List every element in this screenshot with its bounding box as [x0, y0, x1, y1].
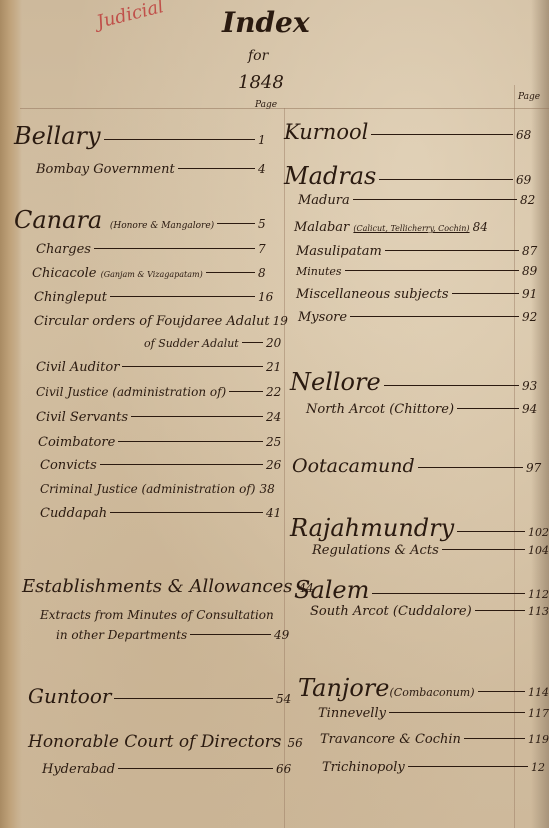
entry-page: 69	[516, 173, 534, 187]
entry-page: 19	[273, 314, 291, 328]
index-entry: Canara (Honore & Mangalore) 5	[14, 206, 276, 234]
index-entry: Chingleput 16	[34, 290, 276, 305]
entry-label: Criminal Justice (administration of)	[40, 482, 255, 496]
index-entry-line1: Extracts from Minutes of Consultation	[40, 608, 274, 622]
index-entry: Miscellaneous subjects 91	[296, 287, 540, 302]
entry-label: in other Departments	[56, 628, 187, 642]
index-entry: Tanjore(Combaconum) 114	[298, 674, 549, 702]
entry-page: 87	[522, 244, 540, 258]
entry-label: Trichinopoly	[322, 760, 405, 775]
entry-page: 117	[528, 707, 549, 720]
leader-line	[457, 531, 525, 532]
leader-line	[475, 610, 525, 611]
leader-line	[110, 296, 255, 297]
entry-label: Bellary	[14, 122, 101, 150]
entry-page: 38	[259, 482, 277, 496]
entry-page: 91	[522, 287, 540, 301]
index-entry: Civil Auditor 21	[36, 360, 284, 375]
leader-line	[350, 316, 519, 317]
entry-page: 66	[276, 762, 294, 776]
entry-label-sub: (Ganjam & Vizagapatam)	[101, 270, 203, 279]
index-entry: Ootacamund 97	[292, 455, 544, 477]
index-year: 1848	[238, 72, 284, 93]
entry-label-main: Canara	[14, 206, 102, 234]
entry-label: North Arcot (Chittore)	[306, 402, 454, 417]
leader-line	[372, 593, 525, 594]
index-entry: South Arcot (Cuddalore) 113	[310, 604, 549, 619]
index-entry: Regulations & Acts 104	[312, 543, 549, 558]
leader-line	[478, 691, 525, 692]
index-entry: Nellore 93	[290, 368, 540, 396]
index-entry: in other Departments 49	[56, 628, 292, 642]
leader-line	[110, 512, 263, 513]
leader-line	[178, 168, 255, 169]
entry-label: South Arcot (Cuddalore)	[310, 604, 472, 619]
entry-page: 94	[522, 402, 540, 416]
index-entry: Convicts 26	[40, 458, 284, 473]
entry-label: Guntoor	[28, 684, 111, 708]
entry-label: Chingleput	[34, 290, 107, 305]
index-entry: Chicacole (Ganjam & Vizagapatam) 8	[32, 266, 276, 281]
entry-label: Tanjore(Combaconum)	[298, 674, 475, 702]
index-entry: Mysore 92	[298, 310, 540, 325]
entry-page: 97	[526, 461, 544, 475]
leader-line	[379, 179, 513, 180]
entry-label-main: Chicacole	[32, 266, 96, 281]
leader-line	[131, 416, 263, 417]
entry-page: 22	[266, 385, 284, 399]
leader-line	[190, 634, 271, 635]
entry-page: 54	[276, 692, 294, 706]
leader-line	[384, 385, 519, 386]
leader-line	[442, 549, 525, 550]
leader-line	[389, 712, 525, 713]
entry-page: 114	[528, 686, 549, 699]
entry-label: Civil Auditor	[36, 360, 119, 375]
entry-page: 104	[528, 544, 549, 557]
leader-line	[353, 199, 517, 200]
entry-page: 21	[266, 360, 284, 374]
entry-label: Cuddapah	[40, 506, 107, 521]
index-entry: Circular orders of Foujdaree Adalut 19	[34, 314, 284, 329]
index-entry: of Sudder Adalut 20	[144, 336, 284, 350]
entry-label: Ootacamund	[292, 455, 415, 477]
index-entry: Kurnool 68	[284, 120, 534, 144]
entry-label: Kurnool	[284, 120, 368, 144]
entry-label: Hyderabad	[42, 762, 115, 777]
entry-page: 84	[473, 220, 491, 234]
leader-line	[229, 391, 263, 392]
leader-line	[452, 293, 519, 294]
page-title: Index	[222, 6, 310, 39]
entry-label: Charges	[36, 242, 91, 257]
index-entry: Trichinopoly 12	[322, 760, 549, 775]
entry-label: Minutes	[296, 265, 342, 278]
leader-line	[371, 134, 513, 135]
leader-line	[100, 464, 263, 465]
entry-label: Circular orders of Foujdaree Adalut	[34, 314, 270, 329]
entry-page: 20	[266, 336, 284, 350]
entry-label: Travancore & Cochin	[320, 732, 461, 747]
leader-line	[408, 766, 528, 767]
entry-label: Civil Servants	[36, 410, 128, 425]
entry-page: 56	[287, 736, 305, 750]
entry-page: 25	[266, 435, 284, 449]
manuscript-page: Judicial Index for 1848 Page Page Bellar…	[0, 0, 549, 828]
entry-label: Convicts	[40, 458, 97, 473]
entry-label: Miscellaneous subjects	[296, 287, 449, 302]
leader-line	[206, 272, 255, 273]
entry-label: Tinnevelly	[318, 706, 386, 721]
entry-page: 113	[528, 605, 549, 618]
leader-line	[118, 768, 273, 769]
entry-page: 68	[516, 128, 534, 142]
entry-label-sub: (Combaconum)	[389, 686, 474, 699]
page-column-header-left: Page	[255, 100, 277, 110]
entry-page: 5	[258, 217, 276, 231]
leader-line	[94, 248, 255, 249]
index-entry: Madura 82	[298, 193, 538, 208]
entry-label-main: Tanjore	[298, 674, 389, 702]
index-entry: Cuddapah 41	[40, 506, 284, 521]
entry-page: 49	[274, 628, 292, 642]
index-entry: Guntoor 54	[28, 684, 294, 708]
entry-page: 7	[258, 242, 276, 256]
index-entry: Tinnevelly 117	[318, 706, 549, 721]
index-entry: Madras 69	[284, 162, 534, 190]
index-entry: North Arcot (Chittore) 94	[306, 402, 540, 417]
leader-line	[385, 250, 519, 251]
leader-line	[104, 139, 255, 140]
index-entry: Bellary 1	[14, 122, 276, 150]
index-entry: Charges 7	[36, 242, 276, 257]
index-entry: Criminal Justice (administration of) 38	[40, 482, 284, 496]
leader-line	[217, 223, 255, 224]
entry-label: Madras	[284, 162, 376, 190]
entry-page: 12	[531, 761, 549, 774]
entry-page: 1	[258, 133, 276, 147]
entry-label: Bombay Government	[36, 162, 175, 177]
leader-line	[418, 467, 523, 468]
entry-label-sub: (Calicut, Tellicherry, Cochin)	[353, 224, 469, 233]
index-entry: Travancore & Cochin 119	[320, 732, 549, 747]
entry-page: 26	[266, 458, 284, 472]
entry-label-sub: (Honore & Mangalore)	[110, 221, 214, 231]
page-column-header-right: Page	[518, 92, 540, 102]
entry-page: 8	[258, 266, 276, 280]
entry-page: 112	[528, 588, 549, 601]
index-entry: Rajahmundry 102	[290, 514, 549, 542]
index-entry: Establishments & Allowances 44	[22, 576, 290, 597]
entry-label: Establishments & Allowances	[22, 576, 293, 597]
leader-line	[464, 738, 525, 739]
leader-line	[118, 441, 263, 442]
entry-page: 24	[266, 410, 284, 424]
entry-page: 89	[522, 264, 540, 278]
entry-label: Rajahmundry	[290, 514, 454, 542]
leader-line	[114, 698, 273, 699]
index-entry: Masulipatam 87	[296, 244, 540, 259]
entry-label: of Sudder Adalut	[144, 337, 239, 350]
department-stamp: Judicial	[94, 0, 165, 33]
entry-label: Regulations & Acts	[312, 543, 439, 558]
leader-line	[457, 408, 519, 409]
entry-label: Coimbatore	[38, 435, 115, 450]
leader-line	[242, 342, 263, 343]
entry-page: 93	[522, 379, 540, 393]
subtitle: for	[248, 48, 268, 64]
leader-line	[345, 270, 519, 271]
entry-page: 16	[258, 290, 276, 304]
index-entry: Malabar (Calicut, Tellicherry, Cochin) 8…	[294, 220, 544, 235]
leader-line	[122, 366, 263, 367]
entry-page: 41	[266, 506, 284, 520]
entry-label: Canara (Honore & Mangalore)	[14, 206, 214, 234]
entry-label: Chicacole (Ganjam & Vizagapatam)	[32, 266, 203, 281]
entry-page: 92	[522, 310, 540, 324]
index-entry: Honorable Court of Directors 56	[28, 732, 294, 752]
index-entry: Civil Servants 24	[36, 410, 284, 425]
entry-label: Madura	[298, 193, 350, 208]
index-entry: Hyderabad 66	[42, 762, 294, 777]
column-divider	[284, 108, 285, 828]
index-entry: Salem 112	[294, 576, 549, 604]
entry-label: Malabar (Calicut, Tellicherry, Cochin)	[294, 220, 470, 235]
index-entry: Bombay Government 4	[36, 162, 276, 177]
index-entry: Civil Justice (administration of) 22	[36, 385, 284, 399]
entry-page: 82	[520, 193, 538, 207]
index-entry: Minutes 89	[296, 264, 540, 278]
entry-label: Honorable Court of Directors	[28, 732, 281, 752]
entry-label: Masulipatam	[296, 244, 382, 259]
entry-label: Civil Justice (administration of)	[36, 385, 226, 399]
entry-page: 119	[528, 733, 549, 746]
entry-label: Mysore	[298, 310, 347, 325]
entry-label-main: Malabar	[294, 220, 349, 235]
index-entry: Coimbatore 25	[38, 435, 284, 450]
entry-label: Salem	[294, 576, 369, 604]
entry-label: Nellore	[290, 368, 381, 396]
entry-page: 102	[528, 526, 549, 539]
entry-page: 4	[258, 162, 276, 176]
